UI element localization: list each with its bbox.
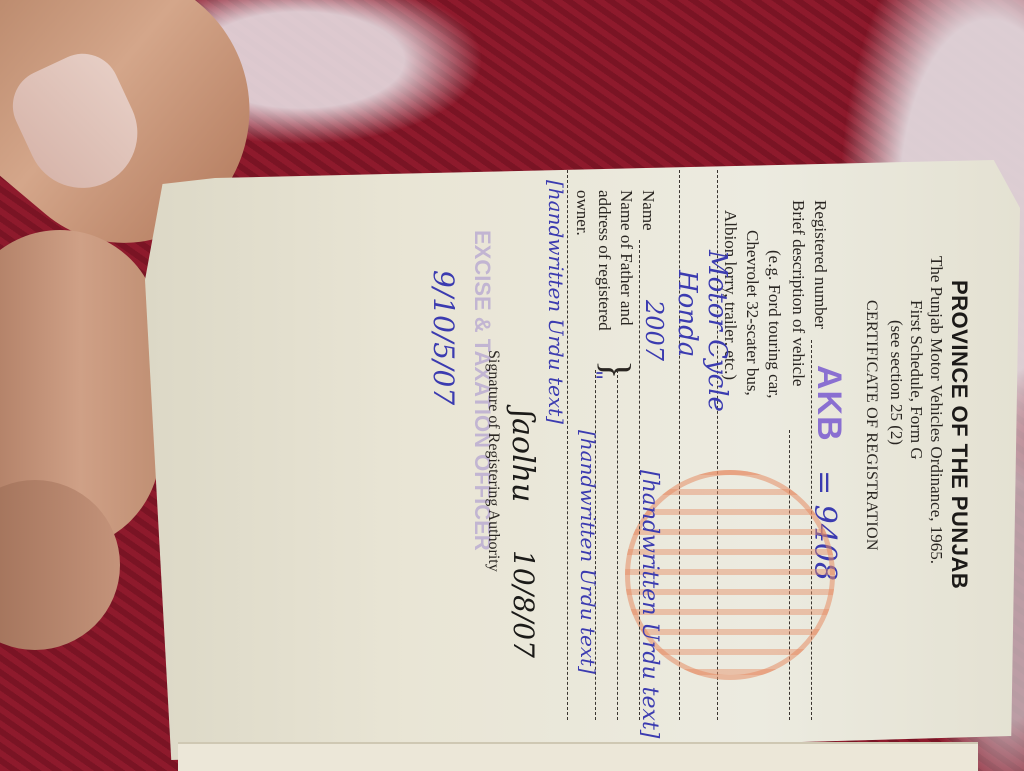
- owner-name-handwritten: [handwritten Urdu text]: [637, 470, 662, 738]
- vehicle-year-handwritten: 2007: [640, 300, 668, 361]
- ditto-mark: ": [580, 370, 605, 380]
- vehicle-make-handwritten: Honda: [672, 270, 702, 357]
- vehicle-type-handwritten: Motor Cycle: [702, 250, 732, 412]
- brief-description-label: Brief description of vehicle: [788, 200, 808, 386]
- father-address-label: Name of Father and: [616, 190, 636, 325]
- registration-stamp: AKB: [809, 365, 848, 442]
- signature-date: 10/8/07: [507, 550, 540, 658]
- thumbnail: [1, 42, 156, 206]
- registered-number-label: Registered number: [810, 200, 830, 329]
- side-date-handwritten: 9/10/5/07: [427, 270, 460, 405]
- certificate-content: PROVINCE OF THE PUNJAB The Punjab Motor …: [180, 170, 980, 730]
- schedule-line: First Schedule, Form G: [906, 300, 926, 460]
- address-line: [617, 370, 618, 720]
- document-title: PROVINCE OF THE PUNJAB: [946, 280, 972, 589]
- certificate-heading: CERTIFICATE OF REGISTRATION: [862, 300, 880, 551]
- name-label: Name: [638, 190, 658, 231]
- signature: ʃaolhu: [505, 410, 540, 502]
- owner-address-handwritten: [handwritten Urdu text]: [544, 180, 568, 424]
- ordinance-line: The Punjab Motor Vehicles Ordinance, 196…: [926, 256, 946, 564]
- example-line-1: (e.g. Ford touring car,: [764, 250, 784, 399]
- page-fold: [178, 742, 978, 771]
- section-line: (see section 25 (2): [886, 320, 906, 445]
- father-address-label: address of registered: [594, 190, 614, 331]
- father-address-label: owner.: [572, 190, 592, 236]
- owner-address-handwritten: [handwritten Urdu text]: [576, 430, 600, 674]
- example-line-2: Chevrolet 32-scater bus,: [742, 230, 762, 396]
- signature-label: Signature of Registering Authority: [484, 350, 502, 572]
